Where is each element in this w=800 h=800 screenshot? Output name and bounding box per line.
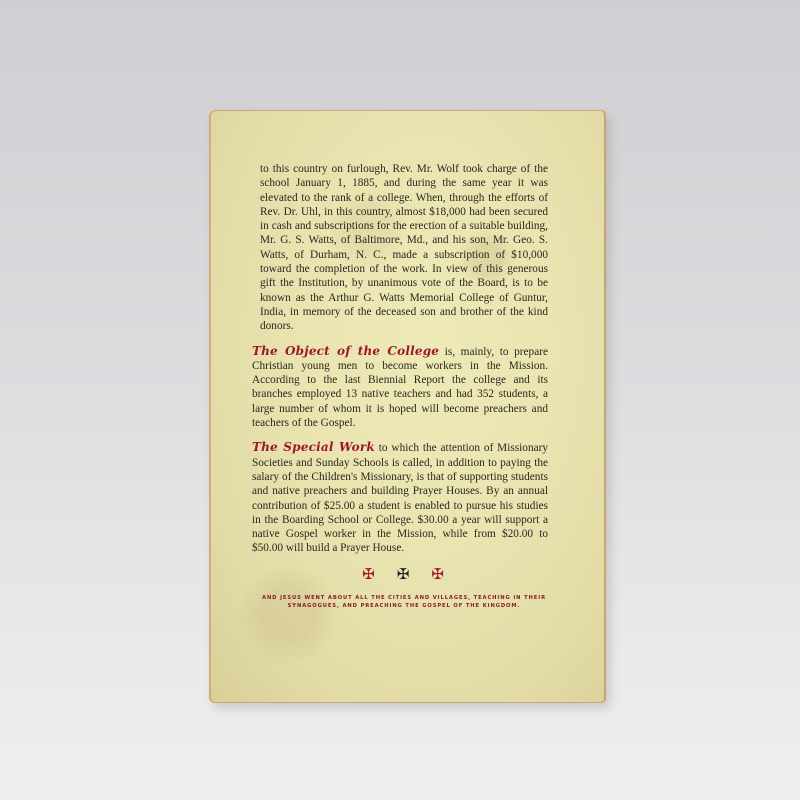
section-heading: The Special Work: [252, 440, 375, 454]
cross-pattee-icon: ✠: [431, 566, 444, 582]
intro-paragraph: to this country on furlough, Rev. Mr. Wo…: [260, 162, 548, 334]
card-text: to this country on furlough, Rev. Mr. Wo…: [260, 162, 548, 610]
section-text: is, mainly, to prepare Christian young m…: [252, 346, 548, 429]
missionary-card: to this country on furlough, Rev. Mr. Wo…: [209, 110, 606, 703]
section-object-of-college: The Object of the College is, mainly, to…: [252, 344, 548, 431]
cross-pattee-icon: ✠: [362, 566, 375, 582]
section-special-work: The Special Work to which the attention …: [252, 440, 548, 555]
section-heading: The Object of the College: [252, 344, 439, 358]
cross-ornaments: ✠ ✠ ✠: [258, 566, 548, 582]
cross-pattee-icon: ✠: [397, 566, 410, 582]
scripture-motto: And Jesus went about all the cities and …: [260, 594, 548, 610]
section-text: to which the attention of Missionary Soc…: [252, 442, 548, 554]
